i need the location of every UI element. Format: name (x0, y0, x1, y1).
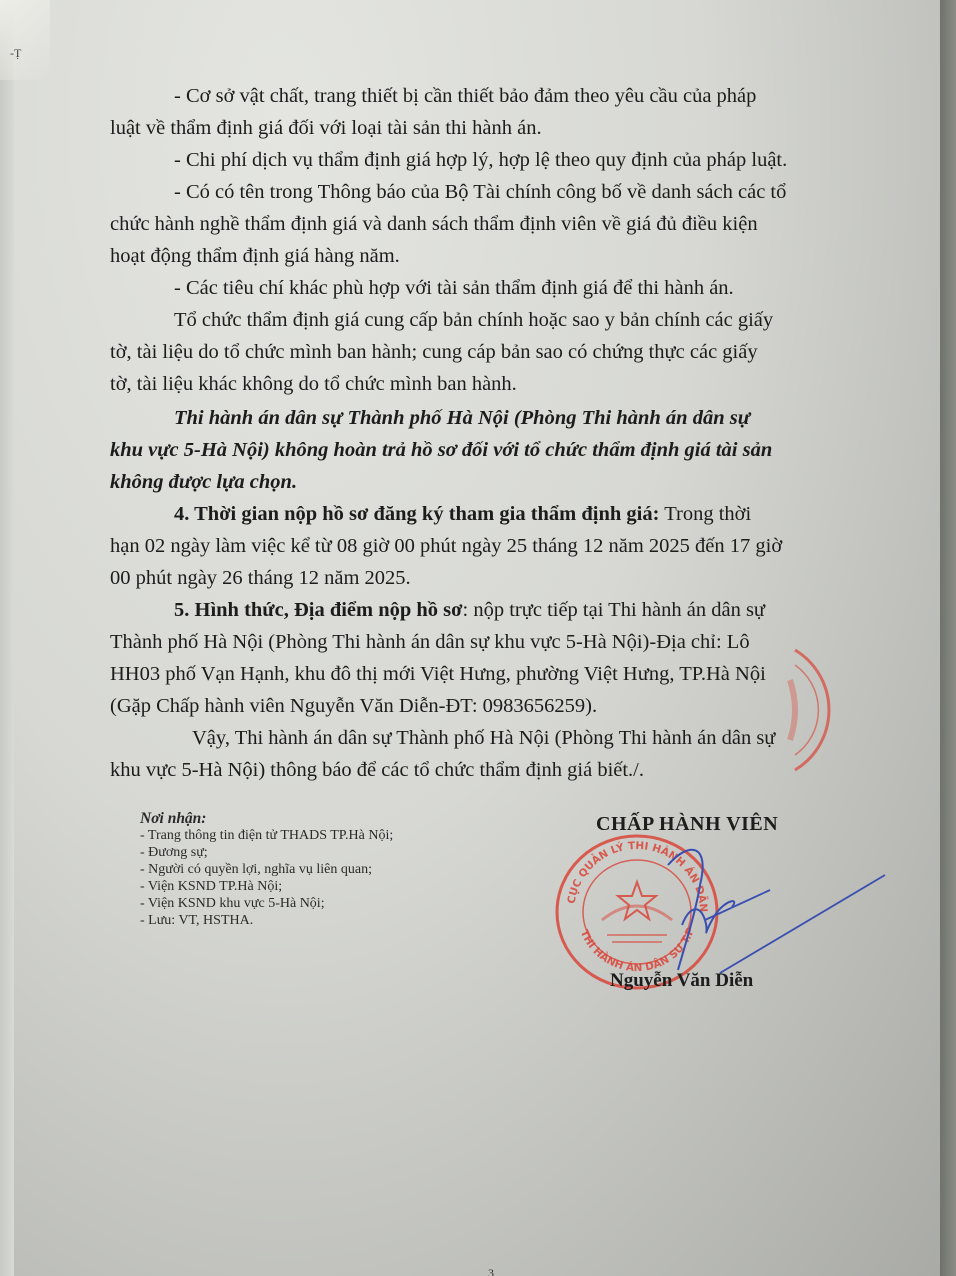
recipients-title: Nơi nhận: (140, 810, 393, 827)
closing-line: Vậy, Thi hành án dân sự Thành phố Hà Nội… (110, 722, 856, 754)
page-number: 3 (488, 1266, 494, 1276)
recipients-block: Nơi nhận: - Trang thông tin điện tử THAD… (140, 810, 393, 929)
notice-line: không được lựa chọn. (110, 466, 856, 498)
section-5-line: 5. Hình thức, Địa điểm nộp hồ sơ: nộp tr… (110, 594, 856, 626)
no-return-notice: Thi hành án dân sự Thành phố Hà Nội (Phò… (110, 402, 856, 498)
section-5-line: Thành phố Hà Nội (Phòng Thi hành án dân … (110, 626, 856, 658)
notice-line: Thi hành án dân sự Thành phố Hà Nội (Phò… (110, 402, 856, 434)
section-4-line: 4. Thời gian nộp hồ sơ đăng ký tham gia … (110, 498, 856, 530)
body-line: tờ, tài liệu khác không do tổ chức mình … (110, 368, 856, 400)
section-5-submission-place: 5. Hình thức, Địa điểm nộp hồ sơ: nộp tr… (110, 594, 856, 722)
body-line: luật về thẩm định giá đối với loại tài s… (110, 112, 856, 144)
notice-line: khu vực 5-Hà Nội) không hoàn trả hồ sơ đ… (110, 434, 856, 466)
section-5-heading: 5. Hình thức, Địa điểm nộp hồ sơ (174, 599, 463, 621)
body-line: - Có có tên trong Thông báo của Bộ Tài c… (110, 176, 856, 208)
body-line: hoạt động thẩm định giá hàng năm. (110, 240, 856, 272)
recipient-item: - Đương sự; (140, 844, 393, 861)
recipient-item: - Lưu: VT, HSTHA. (140, 912, 393, 929)
section-5-line: (Gặp Chấp hành viên Nguyễn Văn Diễn-ĐT: … (110, 690, 856, 722)
recipient-item: - Viện KSND TP.Hà Nội; (140, 878, 393, 895)
body-line: - Cơ sở vật chất, trang thiết bị cần thi… (110, 80, 856, 112)
signer-name: Nguyễn Văn Diễn (610, 970, 753, 992)
section-4-heading: 4. Thời gian nộp hồ sơ đăng ký tham gia … (174, 503, 659, 525)
section-4-text: Trong thời (659, 503, 751, 525)
section-5-text: : nộp trực tiếp tại Thi hành án dân sự (463, 599, 766, 621)
criteria-list: - Cơ sở vật chất, trang thiết bị cần thi… (110, 80, 856, 400)
section-4-line: 00 phút ngày 26 tháng 12 năm 2025. (110, 562, 856, 594)
closing-line: khu vực 5-Hà Nội) thông báo để các tổ ch… (110, 754, 856, 786)
section-5-line: HH03 phố Vạn Hạnh, khu đô thị mới Việt H… (110, 658, 856, 690)
stray-mark: -Ṭ (10, 46, 21, 61)
body-line: tờ, tài liệu do tổ chức mình ban hành; c… (110, 336, 856, 368)
body-line: - Chi phí dịch vụ thẩm định giá hợp lý, … (110, 144, 856, 176)
recipient-item: - Viện KSND khu vực 5-Hà Nội; (140, 895, 393, 912)
stamp-partial-icon (770, 640, 850, 780)
background-surface (940, 0, 956, 1276)
recipient-item: - Người có quyền lợi, nghĩa vụ liên quan… (140, 861, 393, 878)
body-line: Tổ chức thẩm định giá cung cấp bản chính… (110, 304, 856, 336)
section-4-submission-time: 4. Thời gian nộp hồ sơ đăng ký tham gia … (110, 498, 856, 594)
page-left-edge (0, 0, 14, 1276)
closing-paragraph: Vậy, Thi hành án dân sự Thành phố Hà Nội… (110, 722, 856, 786)
body-line: chức hành nghề thẩm định giá và danh sác… (110, 208, 856, 240)
page-corner-fold (0, 0, 50, 80)
recipient-item: - Trang thông tin điện tử THADS TP.Hà Nộ… (140, 827, 393, 844)
body-line: - Các tiêu chí khác phù hợp với tài sản … (110, 272, 856, 304)
handwritten-signature-icon (660, 845, 890, 975)
section-4-line: hạn 02 ngày làm việc kể từ 08 giờ 00 phú… (110, 530, 856, 562)
